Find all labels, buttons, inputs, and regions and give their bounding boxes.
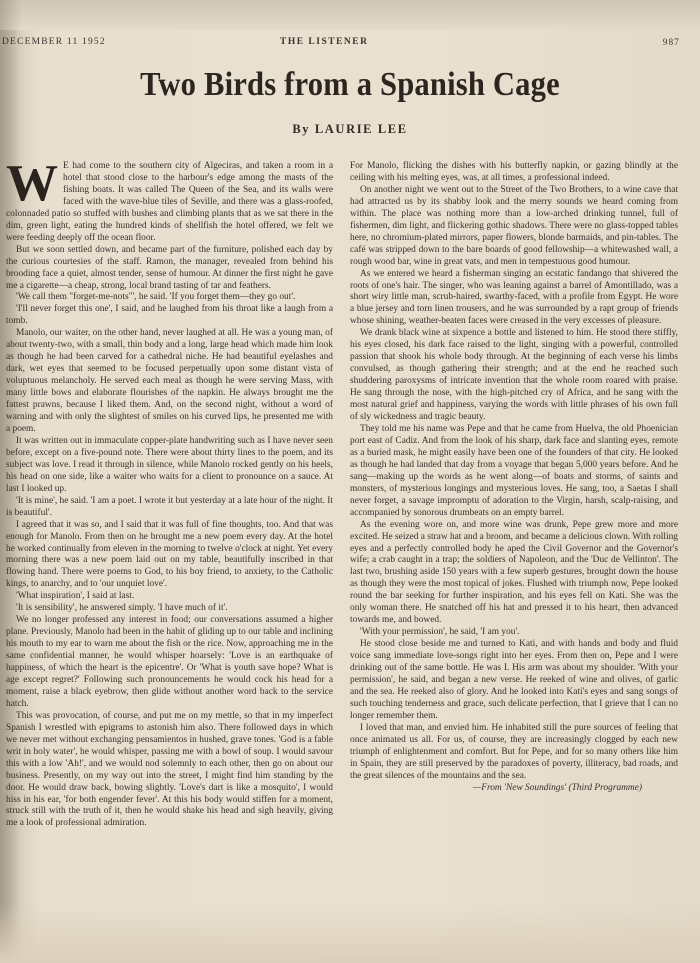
page-bottom-shade xyxy=(0,903,700,963)
paragraph: 'It is mine', he said. 'I am a poet. I w… xyxy=(6,496,333,520)
publication-name: THE LISTENER xyxy=(280,37,369,47)
paragraph: On another night we went out to the Stre… xyxy=(350,185,678,269)
paragraph: Manolo, our waiter, on the other hand, n… xyxy=(6,328,333,436)
paragraph: 'With your permission', he said, 'I am y… xyxy=(350,627,678,639)
paragraph: WE had come to the southern city of Alge… xyxy=(6,161,333,245)
paragraph: We no longer professed any interest in f… xyxy=(6,615,333,711)
paragraph: I agreed that it was so, and I said that… xyxy=(6,520,333,592)
paragraph: I loved that man, and envied him. He inh… xyxy=(350,723,678,783)
article-byline: By LAURIE LEE xyxy=(0,122,700,137)
paragraph: 'We call them "forget-me-nots"', he said… xyxy=(6,292,333,304)
issue-date: DECEMBER 11 1952 xyxy=(2,37,106,47)
left-column: WE had come to the southern city of Alge… xyxy=(6,161,333,830)
page-number: 987 xyxy=(663,37,680,47)
page-top-edge xyxy=(0,0,700,30)
drop-cap: W xyxy=(6,162,58,206)
paragraph: As the evening wore on, and more wine wa… xyxy=(350,520,678,628)
paragraph: As we entered we heard a fisherman singi… xyxy=(350,269,678,329)
running-head: DECEMBER 11 1952 THE LISTENER 987 xyxy=(0,37,700,51)
paragraph: They told me his name was Pepe and that … xyxy=(350,424,678,520)
paragraph: But we soon settled down, and became par… xyxy=(6,245,333,293)
paragraph: For Manolo, flicking the dishes with his… xyxy=(350,161,678,185)
paragraph: 'I'll never forget this one', I said, an… xyxy=(6,304,333,328)
paragraph: 'It is sensibility', he answered simply.… xyxy=(6,603,333,615)
source-credit: —From 'New Soundings' (Third Programme) xyxy=(350,783,678,795)
paragraph: He stood close beside me and turned to K… xyxy=(350,639,678,723)
right-column: For Manolo, flicking the dishes with his… xyxy=(350,161,678,795)
article-title: Two Birds from a Spanish Cage xyxy=(35,66,665,104)
paragraph: We drank black wine at sixpence a bottle… xyxy=(350,328,678,424)
paragraph: This was provocation, of course, and put… xyxy=(6,711,333,831)
paragraph: 'What inspiration', I said at last. xyxy=(6,591,333,603)
paragraph: It was written out in immaculate copper-… xyxy=(6,436,333,496)
magazine-page: DECEMBER 11 1952 THE LISTENER 987 Two Bi… xyxy=(0,0,700,963)
